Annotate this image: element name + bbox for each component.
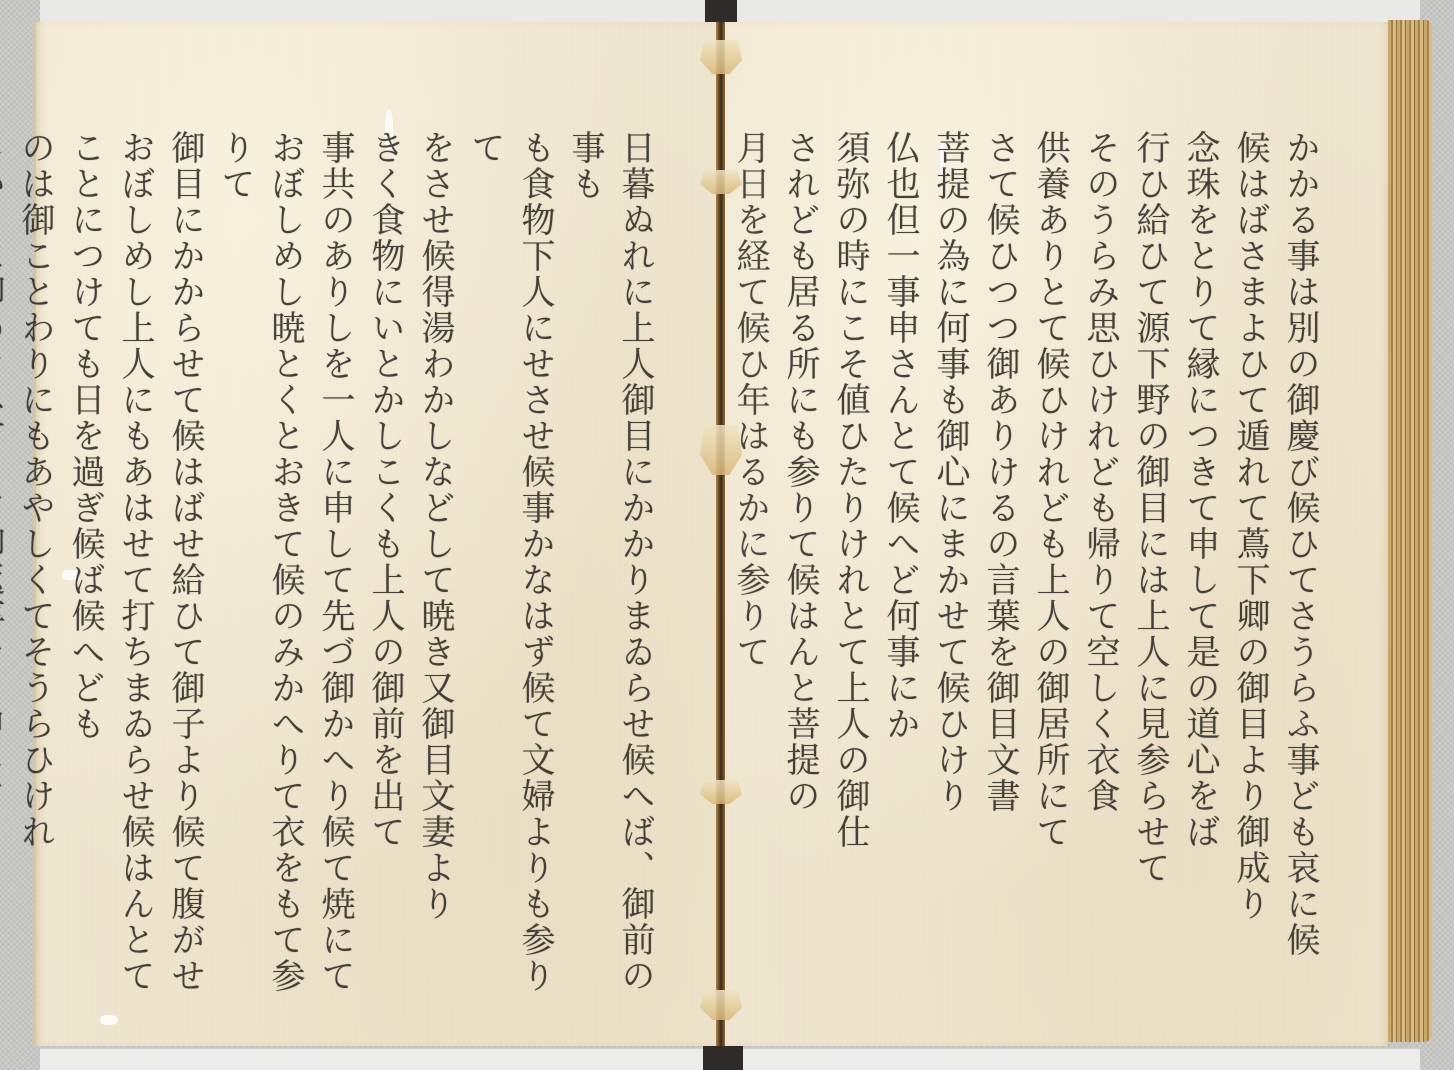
- text-column: 仏也但一事申さんとて候へど何事にか: [875, 130, 925, 1010]
- text-column: 供養ありとて候ひけれども上人の御居所にて: [1025, 130, 1075, 1010]
- text-column: されども居る所にも参りて候はんと菩提の: [775, 130, 825, 1010]
- text-column: 月日を経て候ひ年はるかに参りて: [725, 130, 775, 1010]
- binding-clip-top: [705, 0, 737, 22]
- text-column: さて候ひつつ御ありけるの言葉を御目文書: [975, 130, 1025, 1010]
- text-column: きく食物にいとかしこくも上人の御前を出て: [360, 130, 410, 1010]
- left-page-text: 日暮ぬれに上人御目にかかりまゐらせ候へば、御前の事も も食物下人にせさせ候事かな…: [70, 130, 660, 1010]
- right-page-text: かかる事は別の御慶び候ひてさうらふ事ども哀に候 候はばさまよひて遁れて蔦下卿の御…: [770, 130, 1325, 1010]
- binding-clip-bottom: [703, 1046, 743, 1070]
- text-column: かかる事は別の御慶び候ひてさうらふ事ども哀に候: [1275, 130, 1325, 1010]
- text-column: 菩提の為に何事も御心にまかせて候ひけり: [925, 130, 975, 1010]
- text-column: 念珠をとりて縁につきて申して是の道心をば: [1175, 130, 1225, 1010]
- text-column: 須弥の時にこそ値ひたりけれとて上人の御仕: [825, 130, 875, 1010]
- text-column: 事共のありしを一人に申して先づ御かへり候て焼にて: [310, 130, 360, 1010]
- page-edges-stack: [1388, 20, 1432, 1042]
- text-column: 御目にかからせて候はばせ給ひて御子より候て腹がせ: [160, 130, 210, 1010]
- text-column: のは御ことわりにもあやしくてそうらひけれ: [10, 130, 60, 1010]
- text-column: そのうらみ思ひけれども帰りて空しく衣食: [1075, 130, 1125, 1010]
- text-column: をさせ候得湯わかしなどして暁き又御目文妻より: [410, 130, 460, 1010]
- text-column: しかるに御めぐみ有りて御返事をも申して: [0, 130, 10, 1010]
- text-column: も食物下人にせさせ候事かなはず候て文婦よりも参りて: [460, 130, 560, 1010]
- text-column: 行ひ給ひて源下野の御目には上人に見参らせて: [1125, 130, 1175, 1010]
- text-column: ことにつけても日を過ぎ候ば候へども: [60, 130, 110, 1010]
- text-column: おぼしめし暁とくとおきて候のみかへりて衣をもて参りて: [210, 130, 310, 1010]
- text-column: 候はばさまよひて遁れて蔦下卿の御目より御成り: [1225, 130, 1275, 1010]
- text-column: おぼしめし上人にもあはせて打ちまゐらせ候はんとて: [110, 130, 160, 1010]
- paper-tear: [100, 1015, 118, 1025]
- text-column: 日暮ぬれに上人御目にかかりまゐらせ候へば、御前の事も: [560, 130, 660, 1010]
